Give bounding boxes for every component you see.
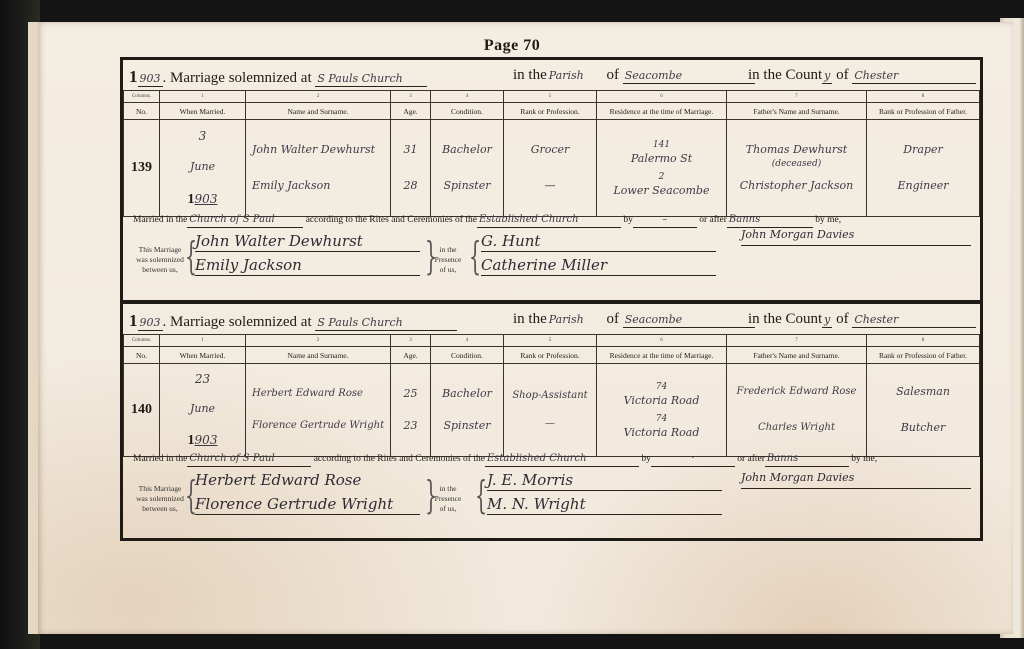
church-field: S Pauls Church [315,316,457,331]
header-father-name: Father's Name and Surname. [727,347,867,364]
district-field: Seacombe [623,313,755,328]
header-no: No. [124,103,160,120]
conditions: Bachelor Spinster [431,364,504,457]
groom-signature: John Walter Dewhurst [195,231,420,252]
ceremony-section: Married in theChurch of S Paul according… [123,205,980,295]
bride-name: Florence Gertrude Wright [252,419,384,433]
register-frame: 1903. Marriage solemnized at S Pauls Chu… [120,57,983,541]
county-field: Chester [852,69,976,84]
year-hand: 903 [138,72,163,87]
page-title: Page 70 [0,37,1024,55]
table-row: 139 3 June 1903 John Walter Dewhurst Emi… [124,120,980,217]
year-hand: 903 [138,316,163,331]
ceremony-section: Married in theChurch of S Paul according… [123,444,980,534]
fathers-ranks: Salesman Butcher [867,364,980,457]
ages: 31 28 [391,120,431,217]
fathers-ranks: Draper Engineer [867,120,980,217]
bride-signature: Florence Gertrude Wright [195,494,420,515]
fathers-names: Thomas Dewhurst(deceased) Christopher Ja… [727,120,867,217]
header-name: Name and Surname. [246,347,391,364]
church-field: S Pauls Church [315,72,427,87]
marriage-entry-140: 1903. Marriage solemnized at S Pauls Chu… [123,304,980,538]
table-row: 140 23 June 1903 Herbert Edward Rose Flo… [124,364,980,457]
header-age: Age. [391,103,431,120]
officiant-signature: John Morgan Davies [741,468,971,489]
ranks: Grocer — [504,120,597,217]
entry-headline: 1903. Marriage solemnized at S Pauls Chu… [123,60,980,91]
header-no: No. [124,347,160,364]
officiant-signature: John Morgan Davies [741,225,971,246]
entry-table: Columns. 1 2 3 4 5 6 7 8 No. When Marrie… [123,90,980,217]
header-rank: Rank or Profession. [504,347,597,364]
district-field: Seacombe [623,69,755,84]
marriage-date: 3 June 1903 [160,120,246,217]
names: Herbert Edward Rose Florence Gertrude Wr… [246,364,391,457]
entry-number: 140 [124,364,160,457]
ranks: Shop-Assistant — [504,364,597,457]
witness-1-signature: J. E. Morris [487,470,722,491]
bride-signature: Emily Jackson [195,255,420,276]
district-type-field: Parish [547,313,603,327]
groom-signature: Herbert Edward Rose [195,470,420,490]
names: John Walter Dewhurst Emily Jackson [246,120,391,217]
brace-icon: { [475,476,487,514]
witness-2-signature: M. N. Wright [487,494,722,515]
conditions: Bachelor Spinster [431,120,504,217]
header-condition: Condition. [431,103,504,120]
district-type-field: Parish [547,69,603,83]
county-field: Chester [852,313,976,328]
header-name: Name and Surname. [246,103,391,120]
marriage-date: 23 June 1903 [160,364,246,457]
header-residence: Residence at the time of Marriage. [597,103,727,120]
header-rank: Rank or Profession. [504,103,597,120]
bride-name: Emily Jackson [252,179,330,193]
header-age: Age. [391,347,431,364]
witness-2-signature: Catherine Miller [481,255,716,276]
groom-name: John Walter Dewhurst [252,143,375,157]
entry-headline: 1903. Marriage solemnized at S Pauls Chu… [123,304,980,335]
entry-table: Columns. 1 2 3 4 5 6 7 8 No. When Marrie… [123,334,980,457]
entry-number: 139 [124,120,160,217]
ages: 25 23 [391,364,431,457]
header-father-name: Father's Name and Surname. [727,103,867,120]
header-father-rank: Rank or Profession of Father. [867,347,980,364]
residences: 141Palermo St 2Lower Seacombe [597,120,727,217]
groom-name: Herbert Edward Rose [252,387,363,401]
witness-1-signature: G. Hunt [481,231,716,252]
header-when-married: When Married. [160,103,246,120]
residences: 74Victoria Road 74Victoria Road [597,364,727,457]
brace-icon: { [469,237,481,275]
header-condition: Condition. [431,347,504,364]
marriage-entry-139: 1903. Marriage solemnized at S Pauls Chu… [123,60,980,300]
fathers-names: Frederick Edward Rose Charles Wright [727,364,867,457]
header-father-rank: Rank or Profession of Father. [867,103,980,120]
header-when-married: When Married. [160,347,246,364]
header-residence: Residence at the time of Marriage. [597,347,727,364]
